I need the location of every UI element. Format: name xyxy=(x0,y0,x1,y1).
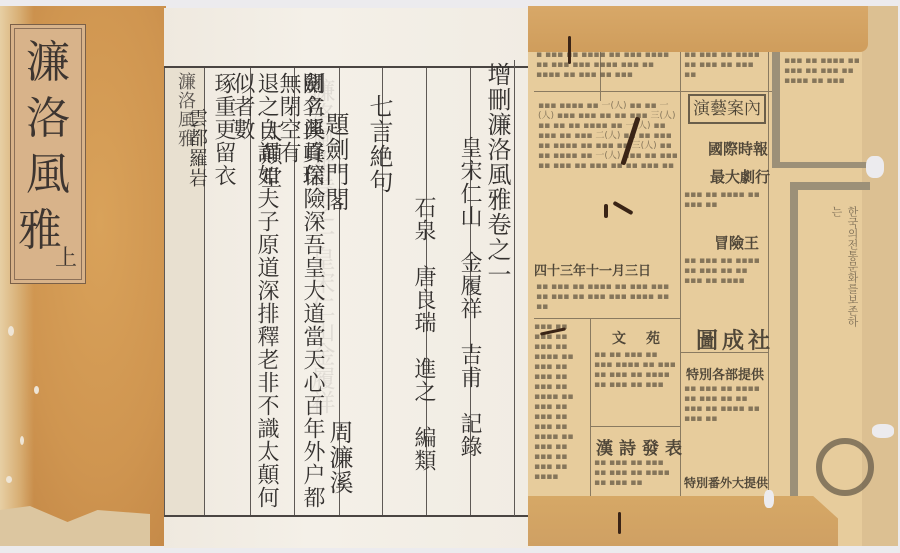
cover-title-char: 濂 xyxy=(11,35,85,91)
news-boxed-headline: 演藝案內 xyxy=(688,94,766,124)
news-headline: 特別番外大提供 xyxy=(684,474,768,491)
column-rule xyxy=(164,68,165,515)
book-photo: 濂 洛 風 雅 上 濂洛風雅 濂洛風雅卷之一皇宋仁山金履祥 增刪濂洛風雅卷之一 … xyxy=(0,0,900,553)
cover-paper-band-top xyxy=(528,6,868,52)
wormhole xyxy=(20,436,24,445)
wormhole xyxy=(764,490,774,508)
news-body-text: ▪▪ ▪▪▪ ▪▪ ▪▪▪▪ ▪▪ ▪▪▪ ▪▪▪ ▪▪ ▪▪▪ ▪▪ ▪▪▪ … xyxy=(536,282,676,316)
page-border-bottom xyxy=(164,515,528,517)
news-border-bar xyxy=(772,162,872,168)
news-headline: 特別各部提供 xyxy=(686,364,764,383)
ink-stain xyxy=(604,204,608,218)
page-border-top xyxy=(164,66,528,68)
cover-volume-mark: 上 xyxy=(55,241,77,272)
news-circle-mark xyxy=(816,438,874,496)
inner-page: 濂洛風雅 濂洛風雅卷之一皇宋仁山金履祥 增刪濂洛風雅卷之一 皇宋仁山 金履祥 吉… xyxy=(164,8,534,548)
news-rule xyxy=(768,46,769,506)
poem-text: 琢重更留衣 xyxy=(210,72,236,187)
news-rule xyxy=(590,318,591,508)
news-border-bar xyxy=(790,182,798,512)
wormhole xyxy=(8,326,14,336)
wormhole xyxy=(34,386,39,394)
news-body-text: ▪▪▪ ▪▪ ▪▪▪▪ ▪▪ ▪▪▪ ▪▪ xyxy=(684,190,766,220)
news-body-text: ▪▪ ▪▪ ▪▪▪ ▪▪ ▪▪▪ ▪▪▪▪ ▪▪ ▪▪▪ ▪▪ ▪▪▪ ▪▪ ▪… xyxy=(594,350,678,420)
news-rule xyxy=(534,318,680,319)
news-headline: 冒險王 xyxy=(714,232,759,253)
cover-exposed-newsprint xyxy=(0,506,150,546)
news-rule xyxy=(590,426,680,427)
news-body-text: ▪ ▪▪▪ ▪▪ ▪▪▪▪ ▪▪ ▪▪▪ ▪▪▪▪ ▪▪ ▪▪▪ ▪▪▪ ▪▪▪… xyxy=(536,50,676,90)
ink-stain xyxy=(618,512,621,534)
poem-text: 退之自謂如夫子原道深排釋老非不識太顛何似者數 xyxy=(230,72,278,512)
news-vertical-hangul: 한국의전통문화를보존하는 xyxy=(828,206,860,336)
wormhole xyxy=(6,476,12,483)
cover-title-char: 洛 xyxy=(11,91,85,147)
news-headline: 漢詩發表 xyxy=(596,434,688,459)
poem-title: 題劍門閣 xyxy=(322,112,348,212)
news-headline: 國際時報 xyxy=(708,138,768,159)
poem-author: 周濂溪 xyxy=(326,420,352,495)
header-title: 增刪濂洛風雅卷之一 xyxy=(484,62,510,287)
ink-stain xyxy=(568,36,571,64)
news-rule xyxy=(534,91,774,92)
section-heading: 七言絶句 xyxy=(366,94,392,194)
book-front-cover: 濂 洛 風 雅 上 xyxy=(0,6,166,546)
news-headline: 最大劇行 xyxy=(710,166,770,187)
news-body-text: ▪▪ ▪▪▪ ▪▪ ▪▪▪▪ ▪▪ ▪▪▪ ▪▪ ▪▪▪ ▪▪ xyxy=(684,50,766,90)
cover-title-slip: 濂 洛 風 雅 上 xyxy=(10,24,86,284)
news-headline: 文苑 xyxy=(612,328,680,348)
text-column: 皇宋仁山 金履祥 吉甫 記錄 xyxy=(456,136,482,466)
news-body-text: ▪▪ ▪▪▪ ▪▪ ▪▪▪▪ ▪▪ ▪▪▪ ▪▪ ▪▪ ▪▪▪ ▪▪ ▪▪▪▪ … xyxy=(684,384,766,450)
poem-author: 雲都羅岩 xyxy=(184,108,210,188)
news-headline: 圖成社 xyxy=(696,324,774,355)
news-border-bar xyxy=(772,46,780,168)
cover-paper-band-bottom xyxy=(528,496,838,546)
news-body-text: ▪▪▪ ▪▪ ▪▪▪ ▪▪ ▪▪▪ ▪▪ ▪▪▪▪ ▪▪ ▪▪▪ ▪▪ ▪▪▪ … xyxy=(534,322,588,502)
poem-text: 關名典貢琛 xyxy=(298,72,324,272)
news-date-line: 四十三年十一月三日 xyxy=(534,260,651,279)
newspaper-lined-cover: ▪ ▪▪▪ ▪▪ ▪▪▪▪ ▪▪ ▪▪▪ ▪▪▪▪ ▪▪ ▪▪▪ ▪▪▪ ▪▪▪… xyxy=(528,6,898,546)
news-body-text: ▪▪ ▪▪▪ ▪▪ ▪▪▪▪ ▪▪ ▪▪▪ ▪▪ ▪▪ ▪▪▪ ▪▪ ▪▪▪▪ xyxy=(684,256,766,314)
news-body-text: ▪▪▪ ▪▪ ▪▪▪▪ ▪▪ ▪▪▪ ▪▪ ▪▪▪ ▪▪ ▪▪▪▪ ▪▪ ▪▪▪ xyxy=(784,56,864,156)
wormhole xyxy=(866,156,884,178)
cover-title-char: 風 xyxy=(11,147,85,203)
text-column: 石泉 唐良瑞 進之 編類 xyxy=(410,196,436,486)
wormhole xyxy=(872,424,894,438)
column-rule xyxy=(514,60,515,516)
news-border-bar xyxy=(790,182,870,190)
news-body-text: ▪▪▪ ▪▪▪▪ ▪▪ 一(人) ▪▪ ▪▪ 一(人) ▪▪▪ ▪▪▪ ▪▪ ▪… xyxy=(538,101,678,271)
